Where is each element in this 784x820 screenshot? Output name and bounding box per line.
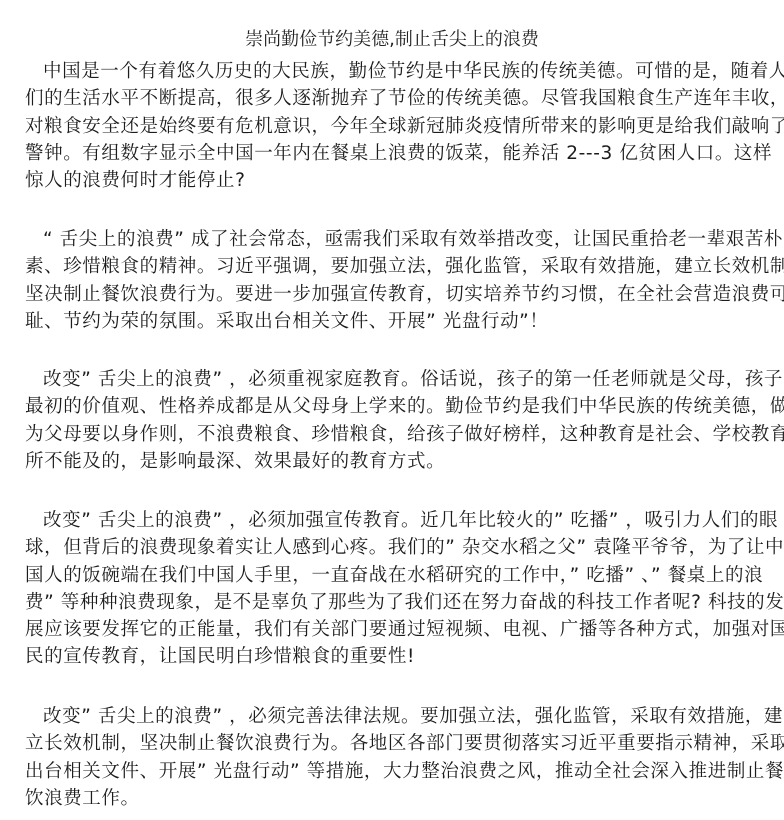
paragraph-line: 改变” 舌尖上的浪费” ，必须完善法律法规。要加强立法，强化监管，采取有效措施，… [25, 703, 773, 730]
paragraph-publicity-education: 改变” 舌尖上的浪费” ，必须加强宣传教育。近几年比较火的” 吃播” ，吸引力人… [25, 507, 773, 671]
document-page: 崇尚勤俭节约美德,制止舌尖上的浪费 中国是一个有着悠久历史的大民族，勤俭节约是中… [0, 0, 784, 820]
paragraph-line: 为父母要以身作则，不浪费粮食、珍惜粮食，给孩子做好榜样，这种教育是社会、学校教育 [25, 421, 773, 448]
paragraph-line: 对粮食安全还是始终要有危机意识，今年全球新冠肺炎疫情所带来的影响更是给我们敲响了 [25, 113, 773, 140]
document-title: 崇尚勤俭节约美德,制止舌尖上的浪费 [0, 27, 784, 53]
paragraph-line: 最初的价值观、性格养成都是从父母身上学来的。勤俭节约是我们中华民族的传统美德，做 [25, 393, 773, 420]
paragraph-line: 改变” 舌尖上的浪费” ，必须加强宣传教育。近几年比较火的” 吃播” ，吸引力人… [25, 507, 773, 534]
paragraph-line: 素、珍惜粮食的精神。习近平强调，要加强立法，强化监管，采取有效措施，建立长效机制… [25, 253, 773, 280]
paragraph-line: 改变” 舌尖上的浪费” ，必须重视家庭教育。俗话说，孩子的第一任老师就是父母，孩… [25, 366, 773, 393]
paragraph-social-norm: “ 舌尖上的浪费” 成了社会常态，亟需我们采取有效举措改变，让国民重拾老一辈艰苦… [25, 226, 773, 335]
paragraph-line: 惊人的浪费何时才能停止? [25, 167, 773, 194]
paragraph-laws-regulations: 改变” 舌尖上的浪费” ，必须完善法律法规。要加强立法，强化监管，采取有效措施，… [25, 703, 773, 812]
paragraph-line: 警钟。有组数字显示全中国一年内在餐桌上浪费的饭菜，能养活 2---3 亿贫困人口… [25, 140, 773, 167]
paragraph-line: “ 舌尖上的浪费” 成了社会常态，亟需我们采取有效举措改变，让国民重拾老一辈艰苦… [25, 226, 773, 253]
paragraph-line: 国人的饭碗端在我们中国人手里，一直奋战在水稻研究的工作中，” 吃播” 、” 餐桌… [25, 562, 773, 589]
paragraph-line: 坚决制止餐饮浪费行为。要进一步加强宣传教育，切实培养节约习惯，在全社会营造浪费可 [25, 281, 773, 308]
paragraph-line: 耻、节约为荣的氛围。采取出台相关文件、开展” 光盘行动”！ [25, 308, 773, 335]
paragraph-line: 展应该要发挥它的正能量，我们有关部门要通过短视频、电视、广播等各种方式，加强对国 [25, 616, 773, 643]
paragraph-line: 民的宣传教育，让国民明白珍惜粮食的重要性! [25, 643, 773, 670]
paragraph-line: 球，但背后的浪费现象着实让人感到心疼。我们的” 杂交水稻之父” 袁隆平爷爷，为了… [25, 534, 773, 561]
paragraph-line: 费” 等种种浪费现象，是不是辜负了那些为了我们还在努力奋战的科技工作者呢? 科技… [25, 589, 773, 616]
paragraph-line: 所不能及的，是影响最深、效果最好的教育方式。 [25, 448, 773, 475]
paragraph-line: 们的生活水平不断提高，很多人逐渐抛弃了节俭的传统美德。尽管我国粮食生产连年丰收， [25, 85, 773, 112]
paragraph-family-education: 改变” 舌尖上的浪费” ，必须重视家庭教育。俗话说，孩子的第一任老师就是父母，孩… [25, 366, 773, 475]
paragraph-intro: 中国是一个有着悠久历史的大民族，勤俭节约是中华民族的传统美德。可惜的是，随着人 … [25, 58, 773, 194]
paragraph-line: 立长效机制，坚决制止餐饮浪费行为。各地区各部门要贯彻落实习近平重要指示精神，采取 [25, 730, 773, 757]
paragraph-line: 出台相关文件、开展” 光盘行动” 等措施，大力整治浪费之风，推动全社会深入推进制… [25, 758, 773, 785]
paragraph-line: 饮浪费工作。 [25, 785, 773, 812]
paragraph-line: 中国是一个有着悠久历史的大民族，勤俭节约是中华民族的传统美德。可惜的是，随着人 [25, 58, 773, 85]
